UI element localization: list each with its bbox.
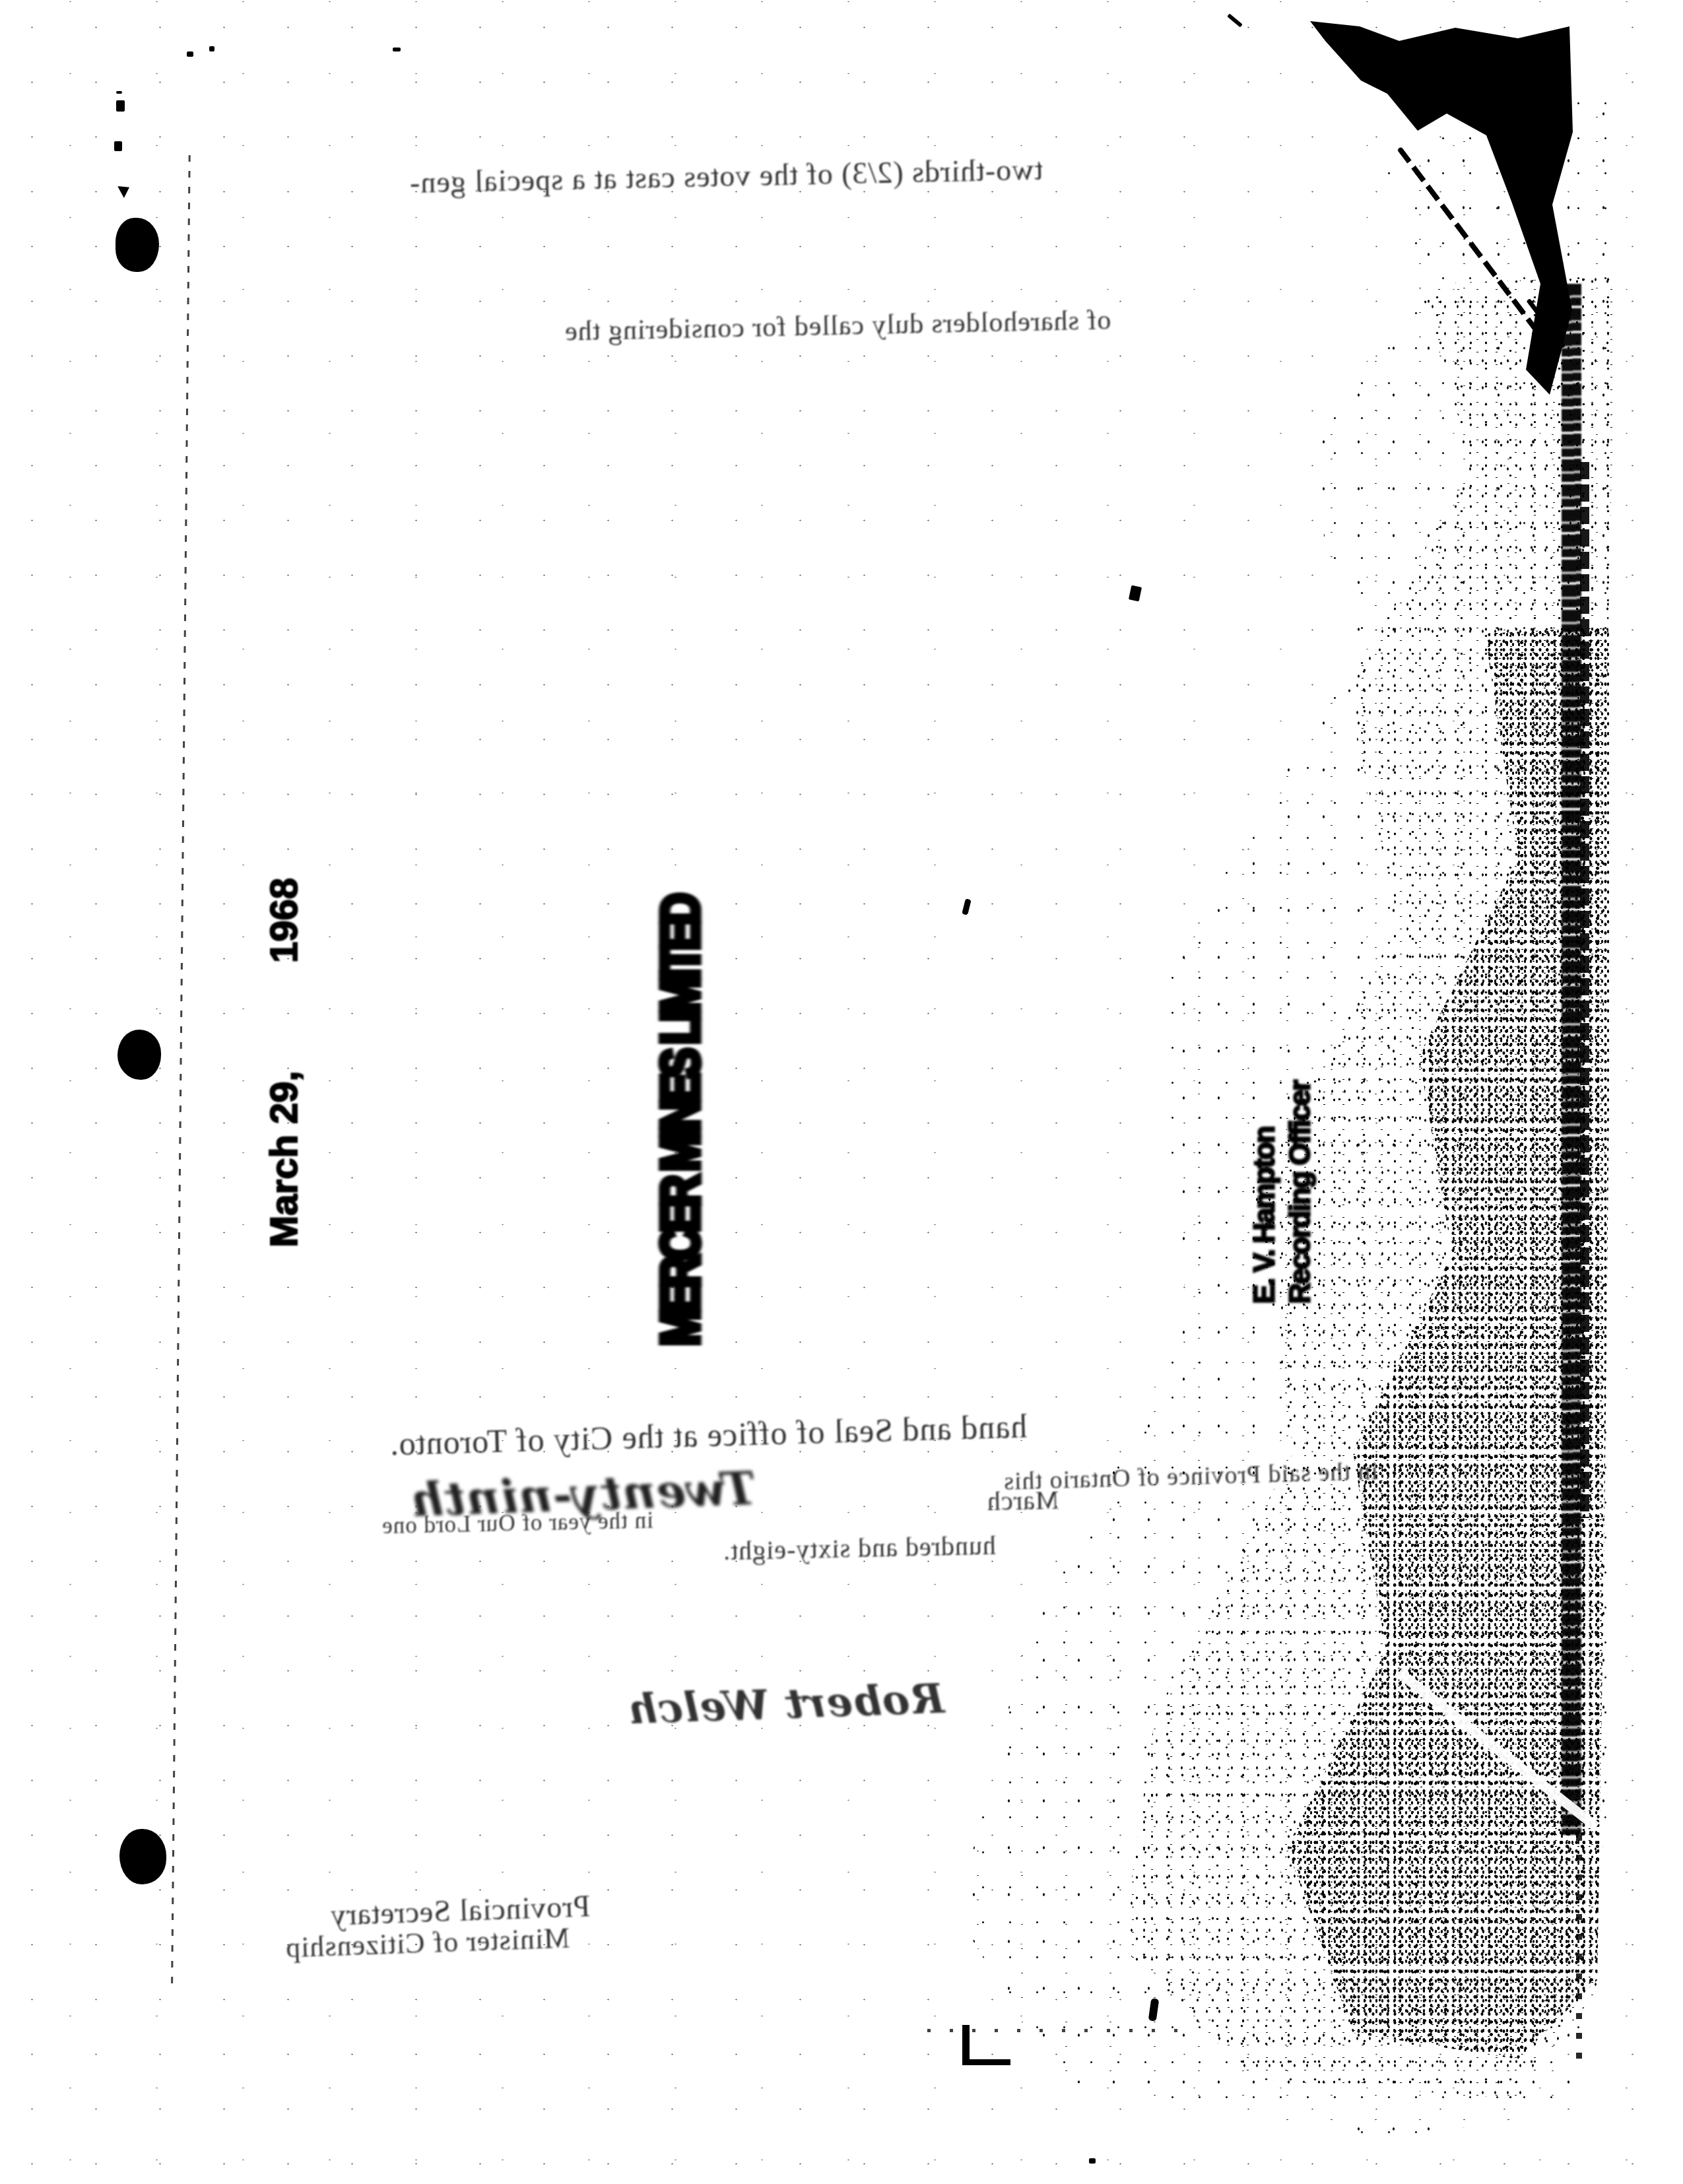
recording-officer-title: Recording Officer	[1283, 1007, 1319, 1304]
ink-speck	[209, 46, 214, 51]
ink-speck	[116, 91, 122, 94]
ink-speck	[116, 100, 125, 112]
film-edge-band-inner	[1580, 462, 1589, 1518]
dotted-guide-line	[927, 2029, 1191, 2032]
date-stamp-year: 1968	[262, 878, 306, 963]
ink-speck	[187, 51, 193, 57]
ink-speck	[393, 48, 401, 51]
recording-officer-stamp: E. V. Hampton Recording Officer	[1247, 1007, 1323, 1304]
company-name-stamp: MERCER MINES LIMITED	[645, 993, 716, 1346]
date-stamp-month-day: March 29,	[262, 1071, 306, 1247]
film-edge-band-tail	[1576, 1835, 1582, 2066]
recording-officer-name: E. V. Hampton	[1247, 1007, 1283, 1304]
ink-speck	[1089, 2158, 1096, 2164]
hole-punch	[119, 1829, 166, 1884]
hole-punch	[117, 1030, 161, 1080]
film-edge-band	[1562, 284, 1581, 1835]
date-stamp: March 29, 1968	[257, 878, 310, 1247]
scanned-document-page: two-thirds (2/3) of the votes cast at a …	[0, 0, 1683, 2184]
hole-punch	[115, 218, 159, 272]
ink-speck	[114, 141, 122, 151]
